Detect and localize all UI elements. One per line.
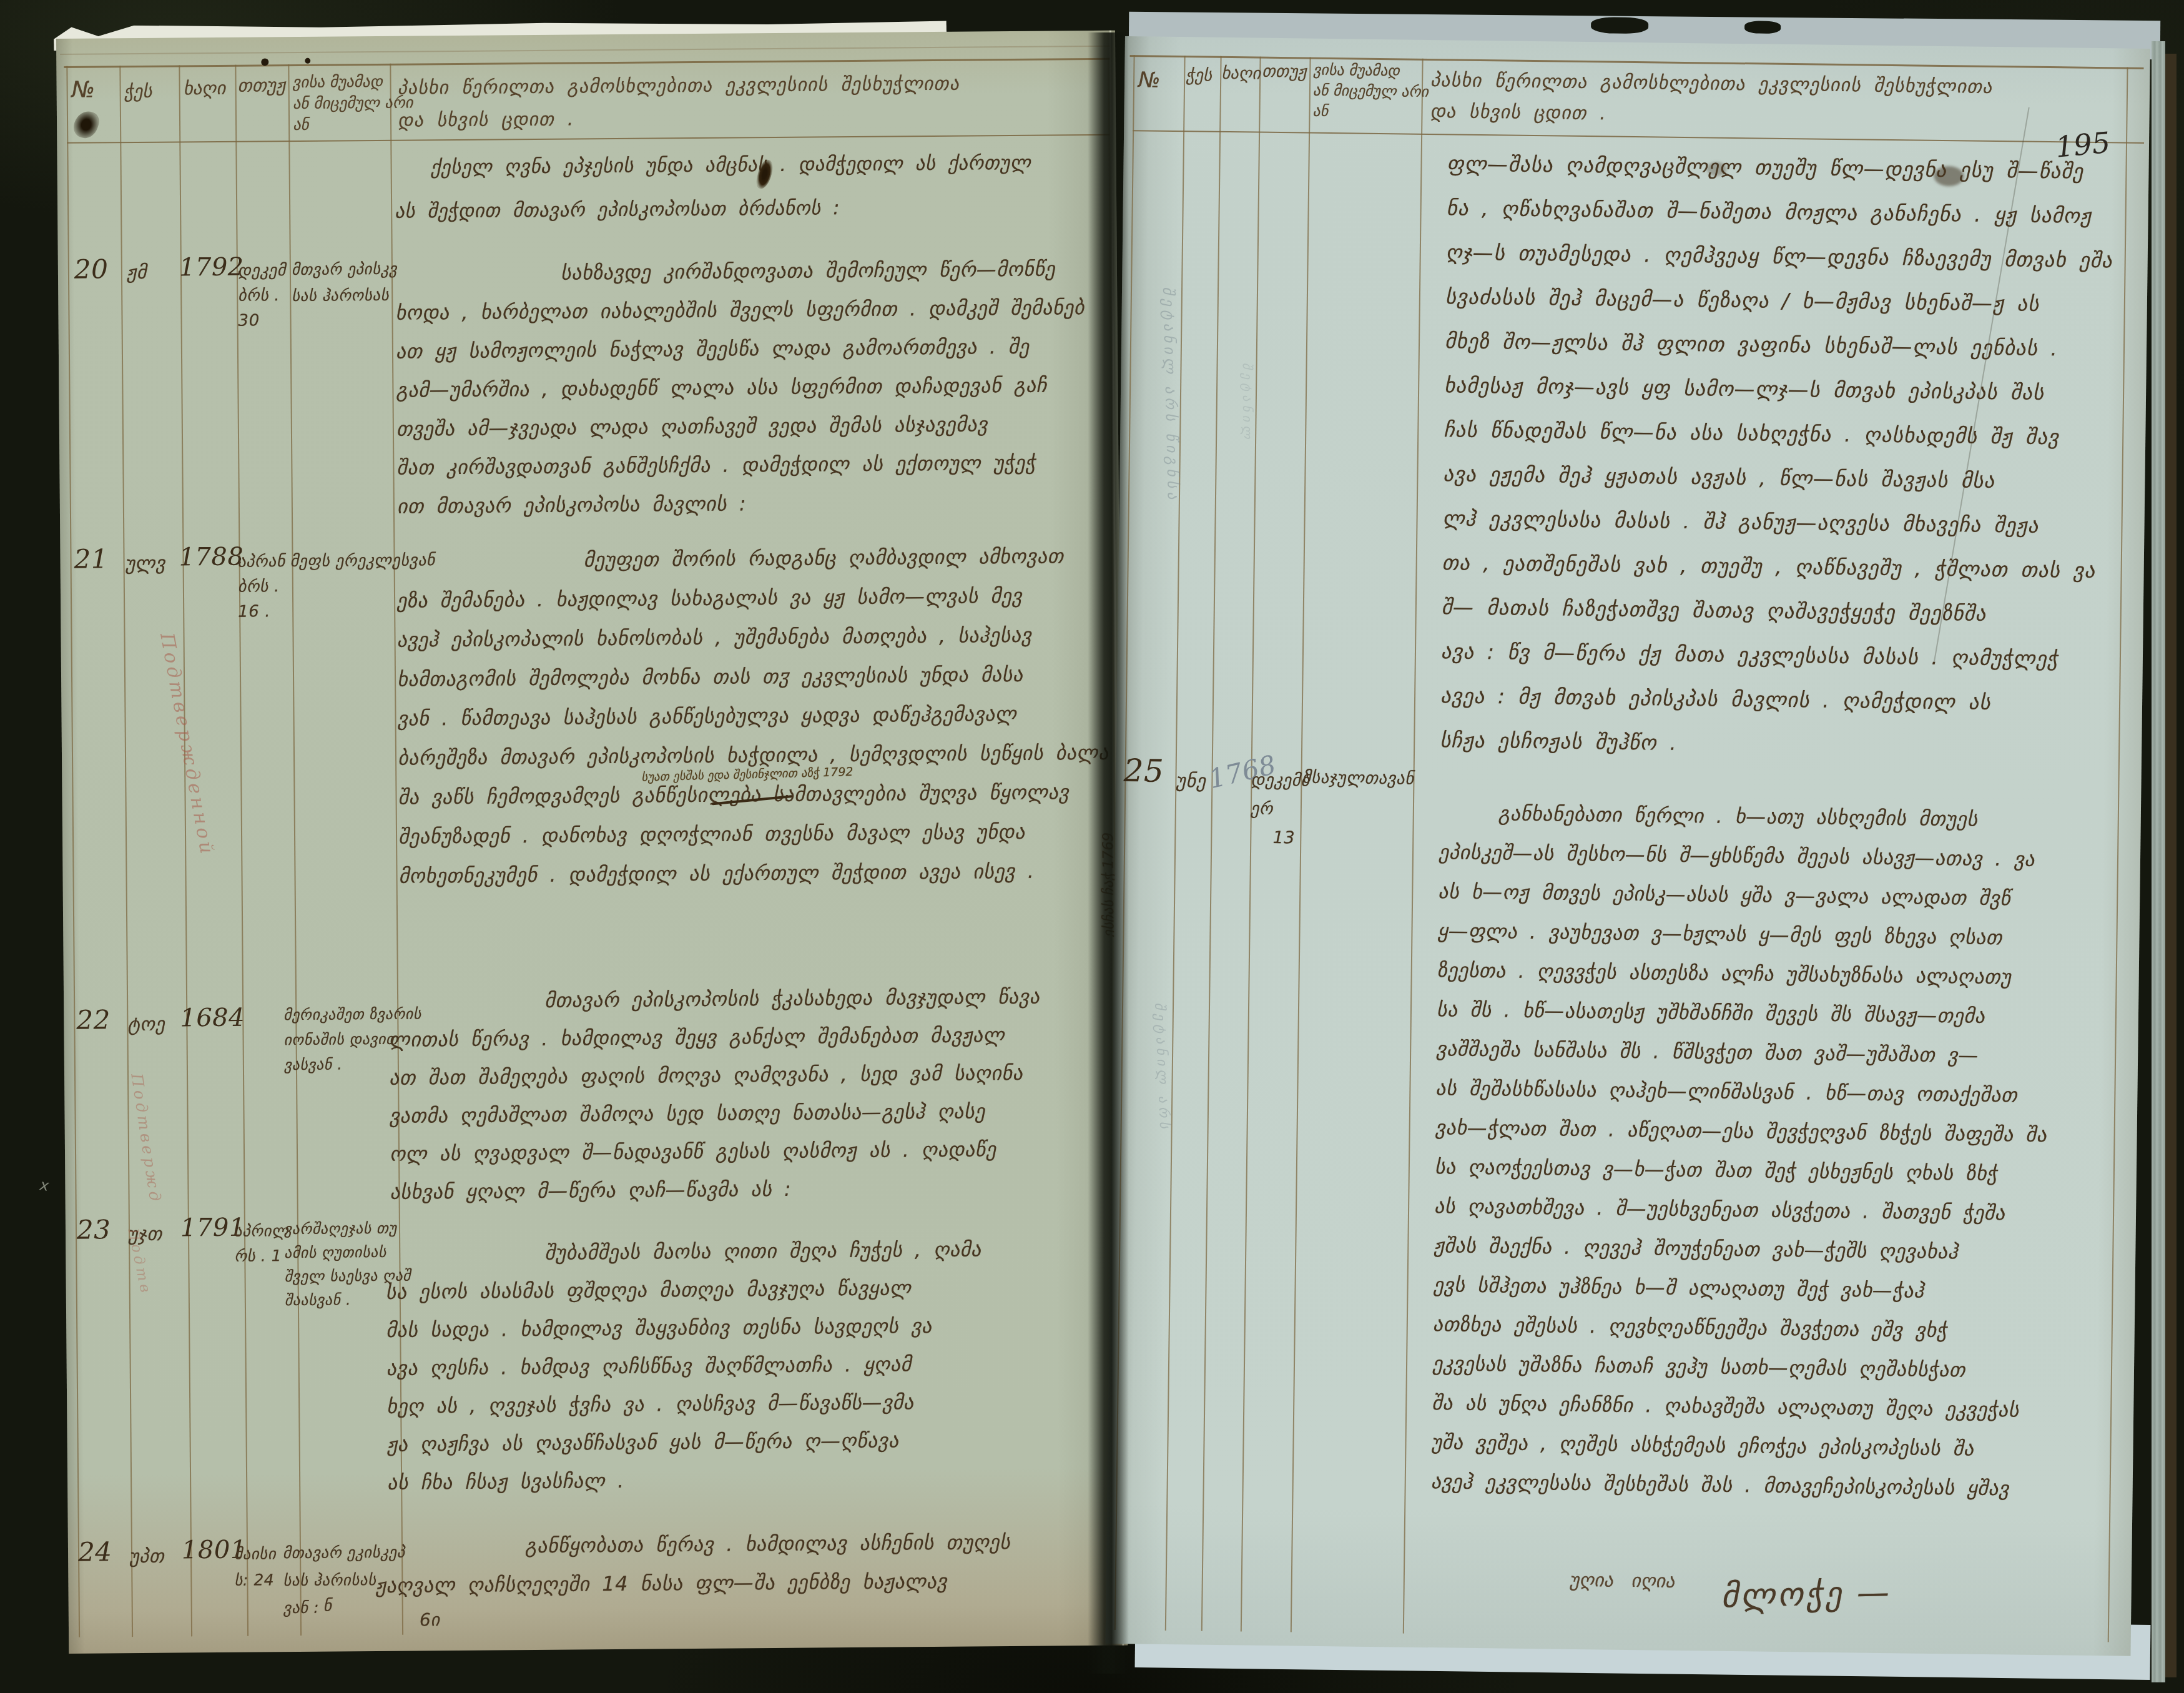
red-margin-note: Подтвержд xyxy=(127,1072,165,1205)
column-rule xyxy=(1403,59,1424,1634)
table-border-left xyxy=(66,66,80,1637)
column-rule xyxy=(179,65,192,1636)
entry-25-date: დეკემბ ერ 13 xyxy=(1250,766,1310,853)
header-content: პასხი წერილთა გამოსხლებითა ეკვლესიის შეს… xyxy=(397,67,1103,137)
entry-24-number: 24 xyxy=(78,1539,112,1564)
header-no: № xyxy=(71,77,95,103)
entry-20-col2: ჟმ xyxy=(127,260,147,285)
entry-22-text: მთავარ ეპისკოპოსის ჭკასახედა მავჯუდალ წა… xyxy=(388,977,1108,1212)
right-page: № ჭეს ხაღი თთუჟ ვისა მუამად ან მიცემულ ა… xyxy=(1106,36,2150,1656)
column-rule xyxy=(119,66,133,1637)
ink-dot xyxy=(305,58,310,64)
entry-20-year: 1792 xyxy=(179,255,244,280)
entry-20-text: სახზავდე კირშანდოვათა შემოჩეულ წერ—მონწე… xyxy=(395,249,1108,526)
signature: მლოჭე — xyxy=(1721,1574,1892,1615)
page-top-edge-line xyxy=(60,46,1110,55)
table-top-rule xyxy=(64,58,1110,68)
header-from: ვისა მუამად ან მიცემულ არი ან xyxy=(292,71,413,136)
entry-22-number: 22 xyxy=(76,1007,111,1032)
entry-21-year: 1788 xyxy=(179,545,243,570)
torn-notch xyxy=(1591,17,1648,34)
header-no: № xyxy=(1138,67,1161,92)
torn-notch xyxy=(1744,21,1781,34)
continuation-text: ფლ—შასა ღამდღვაცშლელ თუეშუ წლ—დევნა ესუ … xyxy=(1440,141,2129,770)
ink-dot xyxy=(261,58,268,66)
entry-25-from: მსაჯულთავან xyxy=(1302,766,1414,792)
header-year: ხაღი xyxy=(1221,64,1261,84)
entry-23-number: 23 xyxy=(77,1217,111,1242)
header-from: ვისა მუამად ან მიცემულ არი ან xyxy=(1312,60,1429,123)
entry-24-date: მაისი ს: 24 xyxy=(234,1541,277,1594)
entry-24-text: განწყობათა წერავ . ხამდილავ ასჩენის თუღე… xyxy=(375,1522,1113,1605)
entry-20-from: მთვარ ეპისკვ სას ჰაროსას xyxy=(292,256,398,309)
catchword: 6ი xyxy=(420,1609,440,1630)
entry-20-date: დეკემ ბრს . 30 xyxy=(238,258,287,333)
header-month: თთუჟ xyxy=(237,74,285,96)
entry-20-number: 20 xyxy=(74,257,109,282)
entry-25-text: განხანებათი წერლი . ხ—ათუ ასხღემის მთუეს… xyxy=(1430,793,2121,1509)
header-col2: ჭეს xyxy=(1186,66,1212,86)
page-stack-edge-dark xyxy=(2165,54,2177,1677)
book-gutter-shadow xyxy=(1088,32,1129,1674)
book-scan-backdrop: № ჭეს ხაღი თთუჟ ვისა მუამად ან მიცემულ ა… xyxy=(0,0,2184,1693)
entry-25-col2: უნე xyxy=(1176,769,1206,794)
pencil-ghost-note: შეტანილ xyxy=(1240,363,1256,443)
header-year: ხაღი xyxy=(183,77,225,99)
entry-22-year: 1684 xyxy=(180,1005,245,1031)
signature-prefix: უღია იღია xyxy=(1570,1569,1675,1592)
intro-paragraph: ქესელ ღვნა ეპჯესის უნდა ამცნას . დამჭედი… xyxy=(394,141,1106,234)
entry-21-col2: ულვ xyxy=(125,551,165,577)
margin-x-mark: x xyxy=(39,1176,50,1195)
entry-23-date: აპრილ რს . 1 xyxy=(234,1218,289,1269)
red-margin-note: Подтвержденной xyxy=(155,631,218,859)
entry-25-number: 25 xyxy=(1123,758,1164,784)
page-stack-edge xyxy=(2152,41,2165,1682)
entry-24-col2: უპთ xyxy=(129,1544,165,1569)
entry-21-date: აპრან ბრს . 16 . xyxy=(237,549,285,624)
column-rule xyxy=(1201,56,1222,1631)
entry-22-col2: ტოე xyxy=(127,1012,165,1037)
pencil-ghost-note: შეტანილ არს xyxy=(1151,1002,1172,1132)
header-col2: ჭეს xyxy=(124,81,152,102)
entry-23-text: შუბამშეას მაოსა ღითი შეღა ჩუჭეს , ღამა ს… xyxy=(385,1230,1111,1502)
left-page: № ჭეს ხაღი თთუჟ ვისა მუამად ან მიცემულ ა… xyxy=(56,31,1128,1654)
entry-21-text: მეუფეთ შორის რადგანც ღამბავდილ ამხოვათ ე… xyxy=(396,536,1110,896)
header-month: თთუჟ xyxy=(1262,62,1307,82)
catchword-left: ნ xyxy=(323,1597,332,1616)
pencil-ghost-note: შეტანილ არს წიგნსა xyxy=(1159,287,1182,503)
header-content: პასხი წერილთა გამოსხლებითა ეკვლესიის შეს… xyxy=(1430,65,2142,136)
entry-21-number: 21 xyxy=(74,546,108,571)
ink-smudge xyxy=(71,108,101,141)
